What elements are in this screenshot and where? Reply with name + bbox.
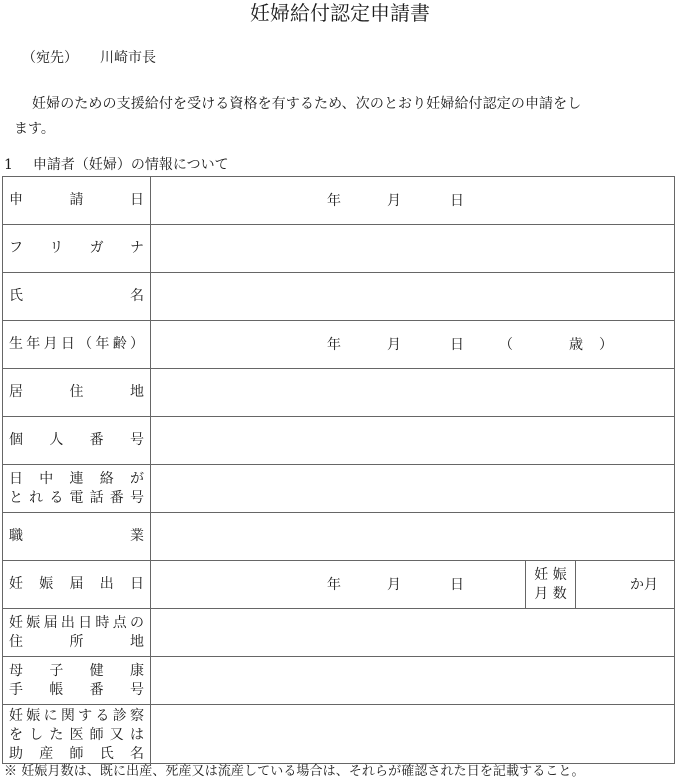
year-unit: 年 — [327, 192, 341, 210]
application-date-field[interactable]: 年月日 — [151, 177, 674, 224]
row-residence: 居住地 — [3, 369, 674, 417]
month-unit: 月 — [387, 192, 401, 210]
row-application-date: 申請日年月日 — [3, 177, 674, 225]
birth-date-age-field[interactable]: 年月日（歳） — [151, 321, 674, 368]
applicant-info-table: 申請日年月日フリガナ氏名生年月日（年齢）年月日（歳）居住地個人番号日中連絡がとれ… — [2, 176, 675, 764]
intro-line-1: 妊婦のための支援給付を受ける資格を有するため、次のとおり妊婦給付認定の申請をし — [14, 92, 678, 117]
addressee-prefix: （宛先） — [22, 50, 78, 66]
pregnancy-months-field[interactable]: か月 — [575, 561, 674, 608]
attending-doctor-midwife-field[interactable] — [151, 705, 674, 765]
pregnancy-months-label: 妊 娠月 数 — [525, 561, 575, 608]
day-unit: 日 — [450, 192, 464, 210]
row-maternal-handbook-number: 母子健康手帳番号 — [3, 657, 674, 705]
row-attending-doctor-midwife: 妊娠に関する診察をした医師又は助産師氏名 — [3, 705, 674, 765]
footnote: ※ 妊娠月数は、既に出産、死産又は流産している場合は、それらが確認された日を記載… — [4, 764, 585, 780]
row-occupation: 職業 — [3, 513, 674, 561]
furigana-label: フリガナ — [3, 225, 151, 272]
address-at-report-field[interactable] — [151, 609, 674, 656]
attending-doctor-midwife-label: 妊娠に関する診察をした医師又は助産師氏名 — [3, 705, 151, 765]
residence-field[interactable] — [151, 369, 674, 416]
full-name-label: 氏名 — [3, 273, 151, 320]
month-unit: 月 — [387, 336, 401, 354]
residence-label: 居住地 — [3, 369, 151, 416]
age-paren-close: ） — [599, 336, 613, 354]
pregnancy-report-date-label: 妊娠届出日 — [3, 561, 151, 608]
months-unit: か月 — [630, 576, 658, 594]
pregnancy-report-date-field[interactable]: 年月日 — [151, 561, 525, 608]
daytime-phone-field[interactable] — [151, 465, 674, 512]
row-furigana: フリガナ — [3, 225, 674, 273]
row-birth-date-age: 生年月日（年齢）年月日（歳） — [3, 321, 674, 369]
day-unit: 日 — [450, 576, 464, 594]
year-unit: 年 — [327, 336, 341, 354]
age-unit: 歳 — [569, 336, 583, 354]
row-pregnancy-report-date: 妊娠届出日妊 娠月 数か月年月日 — [3, 561, 674, 609]
form-title: 妊婦給付認定申請書 — [0, 0, 680, 28]
address-at-report-label: 妊娠届出日時点の住所地 — [3, 609, 151, 656]
full-name-field[interactable] — [151, 273, 674, 320]
occupation-label: 職業 — [3, 513, 151, 560]
section-title: 申請者（妊婦）の情報について — [33, 157, 229, 173]
individual-number-label: 個人番号 — [3, 417, 151, 464]
daytime-phone-label: 日中連絡がとれる電話番号 — [3, 465, 151, 512]
maternal-handbook-number-field[interactable] — [151, 657, 674, 704]
individual-number-field[interactable] — [151, 417, 674, 464]
intro-paragraph: 妊婦のための支援給付を受ける資格を有するため、次のとおり妊婦給付認定の申請をし … — [14, 92, 678, 142]
application-date-label: 申請日 — [3, 177, 151, 224]
section-heading: 1申請者（妊婦）の情報について — [4, 156, 229, 174]
year-unit: 年 — [327, 576, 341, 594]
addressee-name: 川崎市長 — [100, 50, 156, 66]
addressee: （宛先）川崎市長 — [22, 49, 156, 67]
row-individual-number: 個人番号 — [3, 417, 674, 465]
day-unit: 日 — [450, 336, 464, 354]
intro-line-2: ます。 — [14, 117, 678, 142]
occupation-field[interactable] — [151, 513, 674, 560]
month-unit: 月 — [387, 576, 401, 594]
row-full-name: 氏名 — [3, 273, 674, 321]
furigana-field[interactable] — [151, 225, 674, 272]
age-paren-open: （ — [499, 336, 513, 354]
row-address-at-report: 妊娠届出日時点の住所地 — [3, 609, 674, 657]
birth-date-age-label: 生年月日（年齢） — [3, 321, 151, 368]
row-daytime-phone: 日中連絡がとれる電話番号 — [3, 465, 674, 513]
maternal-handbook-number-label: 母子健康手帳番号 — [3, 657, 151, 704]
section-number: 1 — [4, 157, 13, 173]
